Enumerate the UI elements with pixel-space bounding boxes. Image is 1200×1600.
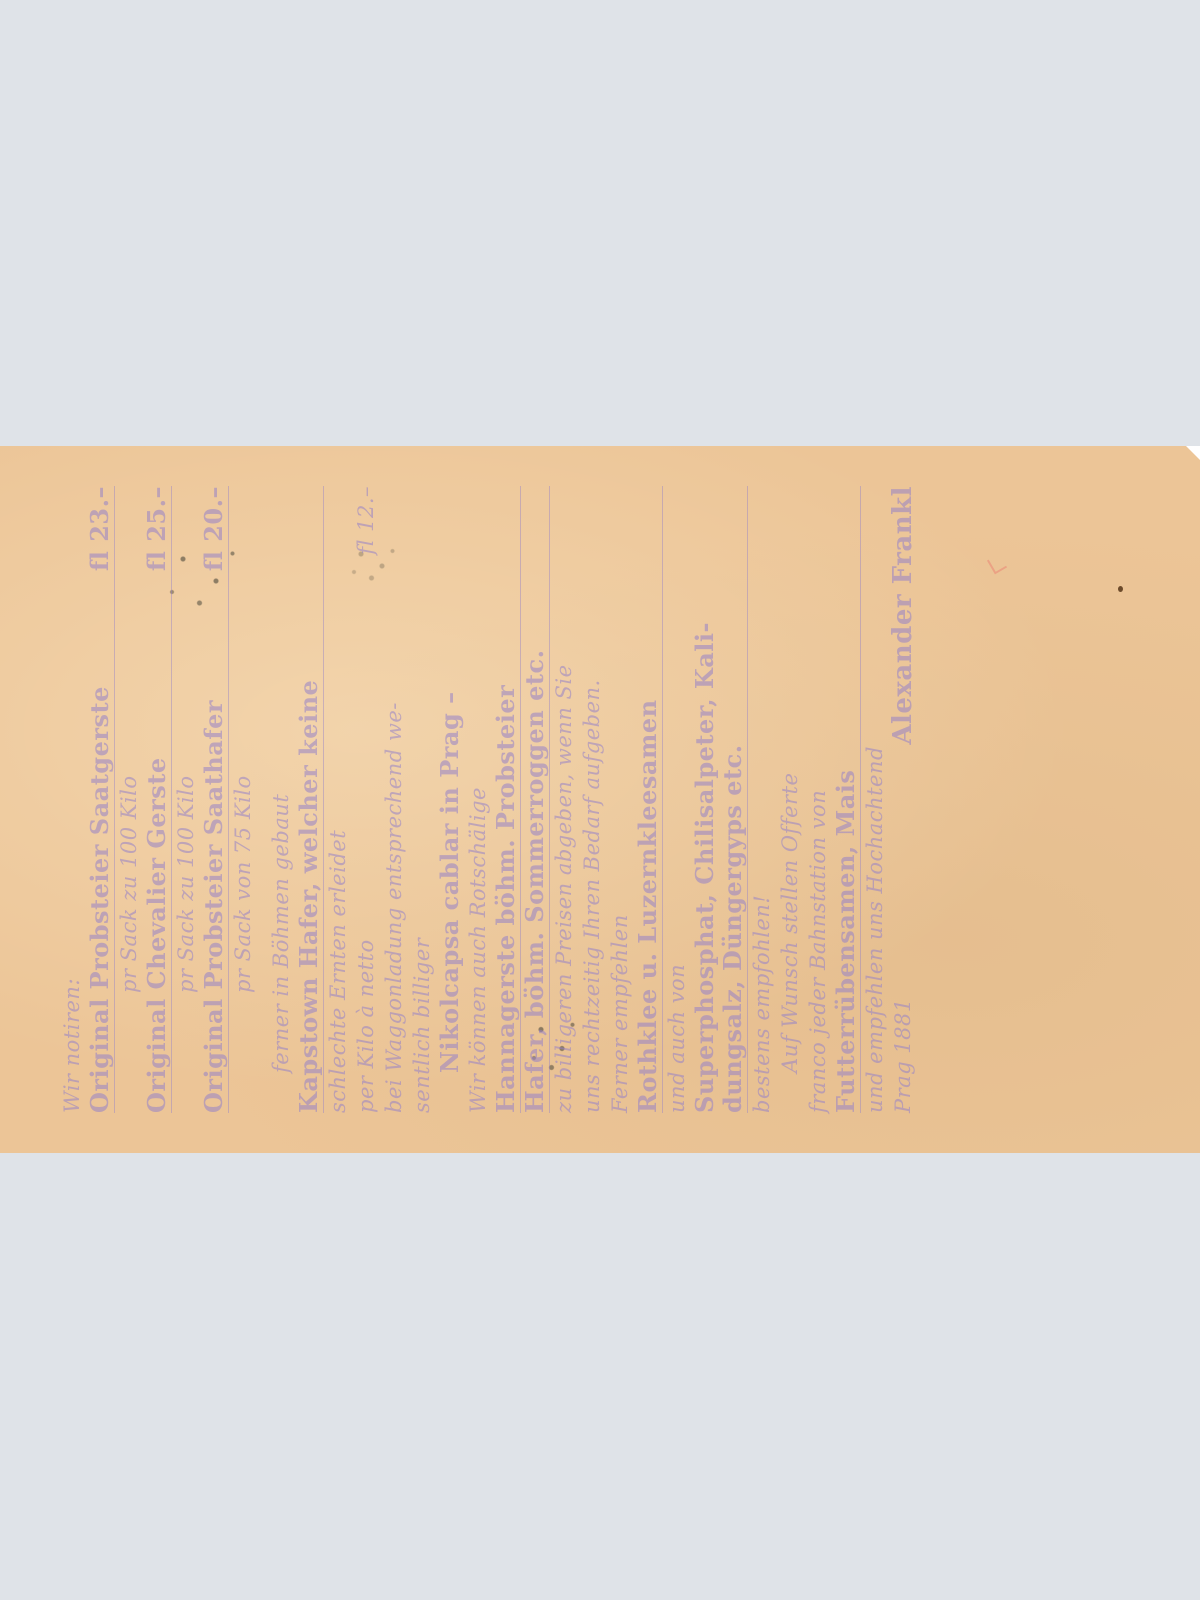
- text-line: ferner in Böhmen gebaut: [267, 486, 295, 1113]
- text-line: bestens empfohlen!: [748, 486, 776, 1113]
- place-date: Prag 1881: [891, 998, 915, 1113]
- text-line: zu billigeren Preisen abgeben, wenn Sie: [550, 486, 578, 1113]
- text-line-product: Hannagerste böhm. Probsteier: [492, 486, 521, 1113]
- text-line: franco jeder Bahnstation von: [804, 486, 832, 1113]
- product-name: Original Probsteier Saathafer: [199, 700, 228, 1113]
- text-line: Auf Wunsch stellen Offerte: [776, 486, 804, 1113]
- text-line-product: Kapstown Hafer, welcher keine: [295, 486, 324, 1113]
- text-line: bei Waggonladung entsprechend we-: [380, 486, 408, 1113]
- product-price: fl 23.–: [86, 486, 114, 571]
- product-price: fl 20.–: [200, 486, 228, 571]
- product-name: Original Probsteier Saatgerste: [85, 686, 114, 1113]
- text-line: Wir können auch Rotschälige: [464, 486, 492, 1113]
- text-line-product: Superphosphat, Chilisalpeter, Kali-: [691, 486, 719, 1113]
- text-span: per Kilo à netto: [354, 939, 378, 1113]
- text-line-product: Futterrübensamen, Mais: [832, 486, 861, 1113]
- text-line: sentlich billiger: [408, 486, 436, 1113]
- text-line-product: Hafer, böhm. Sommerroggen etc.: [521, 486, 550, 1113]
- product-price: fl 25.–: [143, 486, 171, 571]
- text-line: pr Sack von 75 Kilo: [229, 486, 257, 1113]
- text-line-price: per Kilo à netto fl 12.–: [352, 486, 380, 1113]
- text-line: Nikolcapsa cablar in Prag –: [436, 486, 464, 1113]
- text-line: und auch von: [663, 486, 691, 1113]
- text-line: pr Sack zu 100 Kilo: [172, 486, 200, 1113]
- signature-line: Prag 1881 Alexander Frankl: [889, 486, 917, 1113]
- product-name: Original Chevalier Gerste: [142, 757, 171, 1113]
- text-line: Wir notiren:: [58, 486, 86, 1113]
- postcard: Wir notiren: Original Probsteier Saatger…: [0, 446, 1200, 1153]
- text-line: pr Sack zu 100 Kilo: [115, 486, 143, 1113]
- text-line: Ferner empfehlen: [606, 486, 634, 1113]
- text-line: und empfehlen uns Hochachtend: [861, 486, 889, 1113]
- text-line-product: Original Chevalier Gerste fl 25.–: [143, 486, 172, 1113]
- card-text-block: Wir notiren: Original Probsteier Saatger…: [0, 446, 1200, 1153]
- product-price: fl 12.–: [352, 486, 380, 555]
- text-line-product: Rothklee u. Luzernkleesamen: [634, 486, 663, 1113]
- text-line-product: Original Probsteier Saathafer fl 20.–: [200, 486, 229, 1113]
- text-line: schlechte Ernten erleidet: [324, 486, 352, 1113]
- text-line-product: dungsalz, Düngergyps etc.: [719, 486, 748, 1113]
- signature: Alexander Frankl: [889, 486, 917, 745]
- text-line-product: Original Probsteier Saatgerste fl 23.–: [86, 486, 115, 1113]
- text-line: uns rechtzeitig Ihren Bedarf aufgeben.: [578, 486, 606, 1113]
